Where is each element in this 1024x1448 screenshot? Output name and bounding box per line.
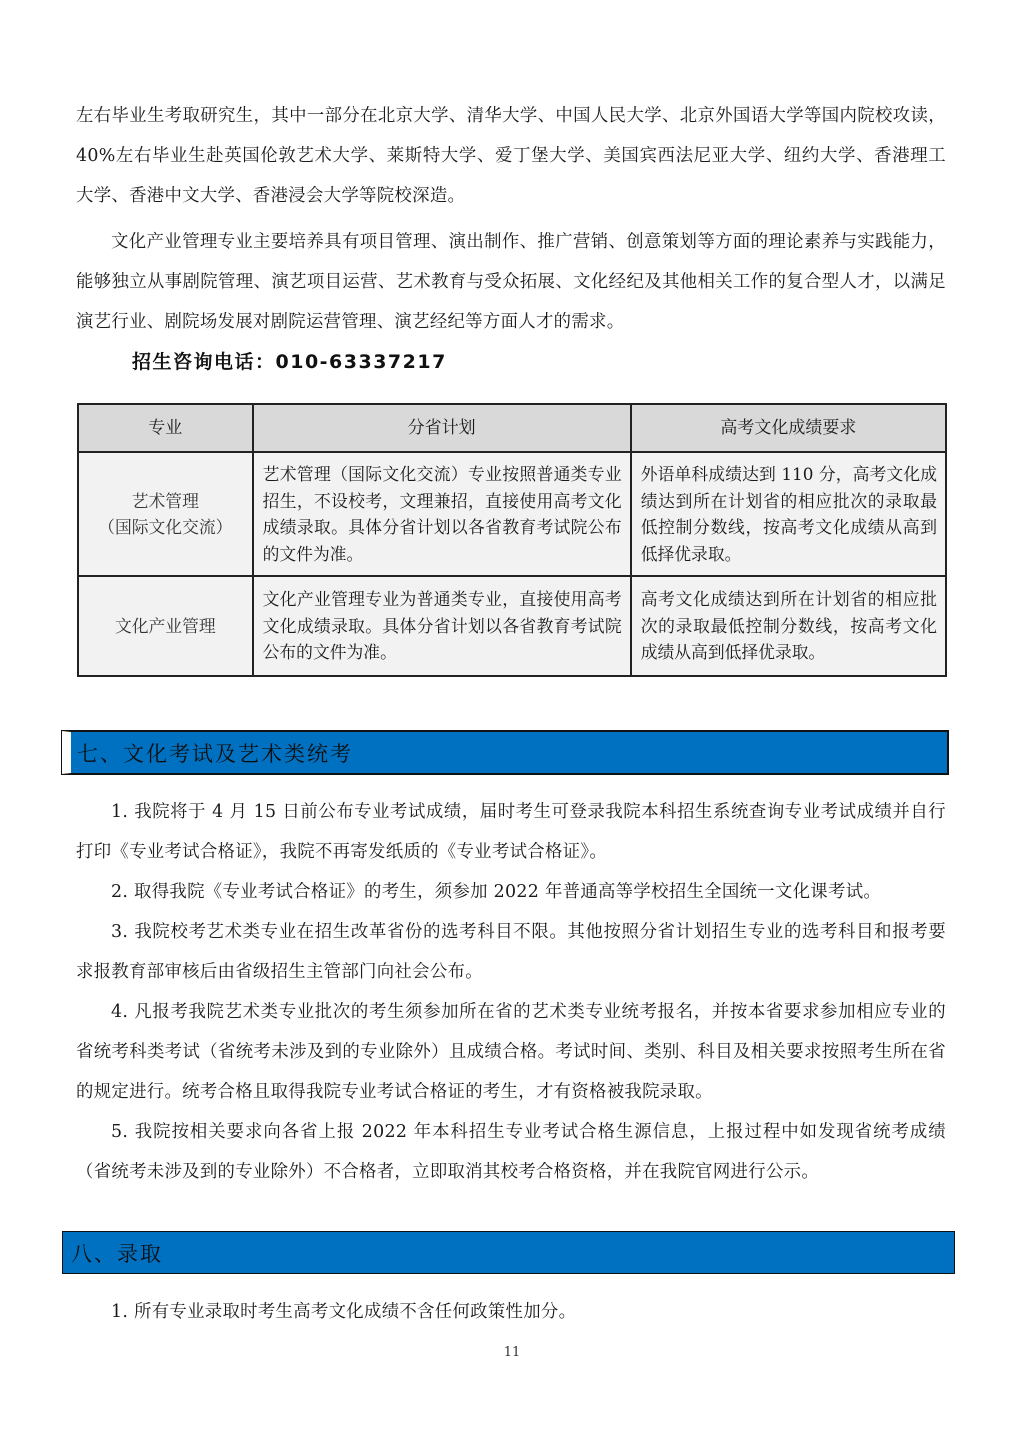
major-name: 艺术管理 xyxy=(79,488,252,515)
page-number: 11 xyxy=(0,1345,1024,1360)
score-requirement-cell: 高考文化成绩达到所在计划省的相应批次的录取最低控制分数线，按高考文化成绩从高到低… xyxy=(631,576,946,676)
major-subtitle: （国际文化交流） xyxy=(79,514,252,541)
score-requirement-cell: 外语单科成绩达到 110 分，高考文化成绩达到所在计划省的相应批次的录取最低控制… xyxy=(631,452,946,576)
section-7-item-4: 4. 凡报考我院艺术类专业批次的考生须参加所在省的艺术类专业统考报名，并按本省要… xyxy=(76,992,946,1112)
major-cell: 文化产业管理 xyxy=(78,576,253,676)
intro-continuation-paragraph: 左右毕业生考取研究生，其中一部分在北京大学、清华大学、中国人民大学、北京外国语大… xyxy=(76,96,946,216)
major-name: 文化产业管理 xyxy=(79,613,252,640)
section-8-item-1: 1. 所有专业录取时考生高考文化成绩不含任何政策性加分。 xyxy=(76,1292,946,1332)
column-header-major: 专业 xyxy=(78,404,253,452)
provincial-plan-cell: 文化产业管理专业为普通类专业，直接使用高考文化成绩录取。具体分省计划以各省教育考… xyxy=(253,576,631,676)
cultural-industry-paragraph: 文化产业管理专业主要培养具有项目管理、演出制作、推广营销、创意策划等方面的理论素… xyxy=(76,222,946,342)
section-7-item-1: 1. 我院将于 4 月 15 日前公布专业考试成绩，届时考生可登录我院本科招生系… xyxy=(76,792,946,872)
section-8-title: 八、录取 xyxy=(71,1238,163,1268)
table-row: 文化产业管理 文化产业管理专业为普通类专业，直接使用高考文化成绩录取。具体分省计… xyxy=(78,576,946,676)
column-header-score-requirement: 高考文化成绩要求 xyxy=(631,404,946,452)
section-8-heading-bar: 八、录取 xyxy=(62,1231,955,1274)
section-7-title: 七、文化考试及艺术类统考 xyxy=(77,738,353,768)
section-7-heading-bar: 七、文化考试及艺术类统考 xyxy=(62,731,948,774)
column-header-provincial-plan: 分省计划 xyxy=(253,404,631,452)
provincial-plan-cell: 艺术管理（国际文化交流）专业按照普通类专业招生，不设校考，文理兼招，直接使用高考… xyxy=(253,452,631,576)
table-header-row: 专业 分省计划 高考文化成绩要求 xyxy=(78,404,946,452)
section-7-item-3: 3. 我院校考艺术类专业在招生改革省份的选考科目不限。其他按照分省计划招生专业的… xyxy=(76,912,946,992)
table-row: 艺术管理 （国际文化交流） 艺术管理（国际文化交流）专业按照普通类专业招生，不设… xyxy=(78,452,946,576)
section-7-item-2: 2. 取得我院《专业考试合格证》的考生，须参加 2022 年普通高等学校招生全国… xyxy=(76,872,946,912)
admissions-plan-table: 专业 分省计划 高考文化成绩要求 艺术管理 （国际文化交流） 艺术管理（国际文化… xyxy=(77,403,947,677)
section-7-item-5: 5. 我院按相关要求向各省上报 2022 年本科招生专业考试合格生源信息，上报过… xyxy=(76,1112,946,1192)
admissions-phone: 招生咨询电话：010-63337217 xyxy=(132,347,447,374)
major-cell: 艺术管理 （国际文化交流） xyxy=(78,452,253,576)
